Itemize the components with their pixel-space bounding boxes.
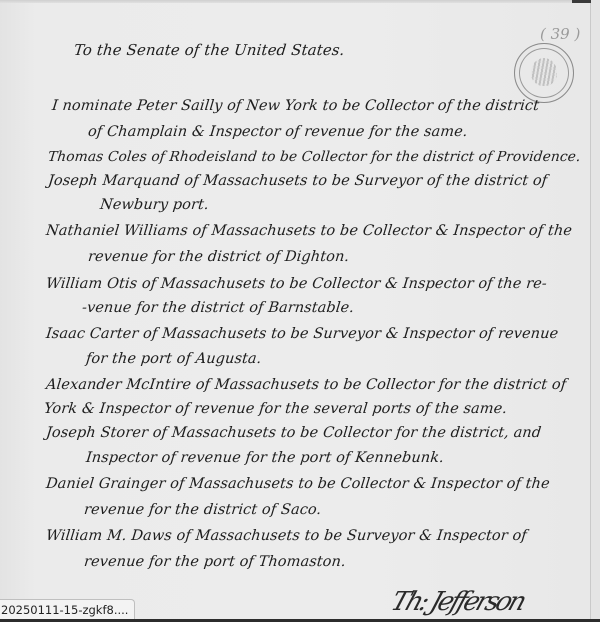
- document-line: William M. Daws of Massachusets to be Su…: [45, 528, 527, 544]
- signature: Th: Jefferson: [387, 587, 527, 617]
- document-line: revenue for the district of Saco.: [83, 502, 322, 518]
- document-line: revenue for the port of Thomaston.: [83, 554, 346, 570]
- document-line: Inspector of revenue for the port of Ken…: [85, 450, 445, 466]
- document-line: Nathaniel Williams of Massachusets to be…: [45, 223, 573, 239]
- document-line: Newbury port.: [99, 197, 209, 213]
- document-line: for the port of Augusta.: [85, 351, 262, 367]
- document-line: revenue for the district of Dighton.: [87, 249, 350, 265]
- archive-seal-icon: [514, 43, 574, 103]
- document-line: Thomas Coles of Rhodeisland to be Collec…: [47, 149, 581, 165]
- document-heading: To the Senate of the United States.: [73, 41, 345, 59]
- folio-number: ( 39 ): [540, 25, 580, 43]
- seal-eagle-icon: [531, 58, 557, 86]
- viewer-right-margin: [591, 0, 600, 619]
- document-line: York & Inspector of revenue for the seve…: [43, 401, 508, 417]
- document-line: I nominate Peter Sailly of New York to b…: [51, 98, 540, 114]
- document-line: William Otis of Massachusets to be Colle…: [45, 276, 548, 292]
- document-line: Isaac Carter of Massachusets to be Surve…: [45, 326, 559, 342]
- document-line: Joseph Storer of Massachusets to be Coll…: [45, 425, 542, 441]
- document-line: Alexander McIntire of Massachusets to be…: [45, 377, 567, 393]
- document-line: Daniel Grainger of Massachusets to be Co…: [45, 476, 550, 492]
- document-line: of Champlain & Inspector of revenue for …: [87, 124, 468, 140]
- document-line: Joseph Marquand of Massachusets to be Su…: [47, 173, 548, 189]
- document-page: ( 39 ) To the Senate of the United State…: [0, 3, 591, 619]
- filename-tooltip[interactable]: 20250111-15-zgkf8....: [0, 599, 135, 620]
- document-line: -venue for the district of Barnstable.: [81, 300, 355, 316]
